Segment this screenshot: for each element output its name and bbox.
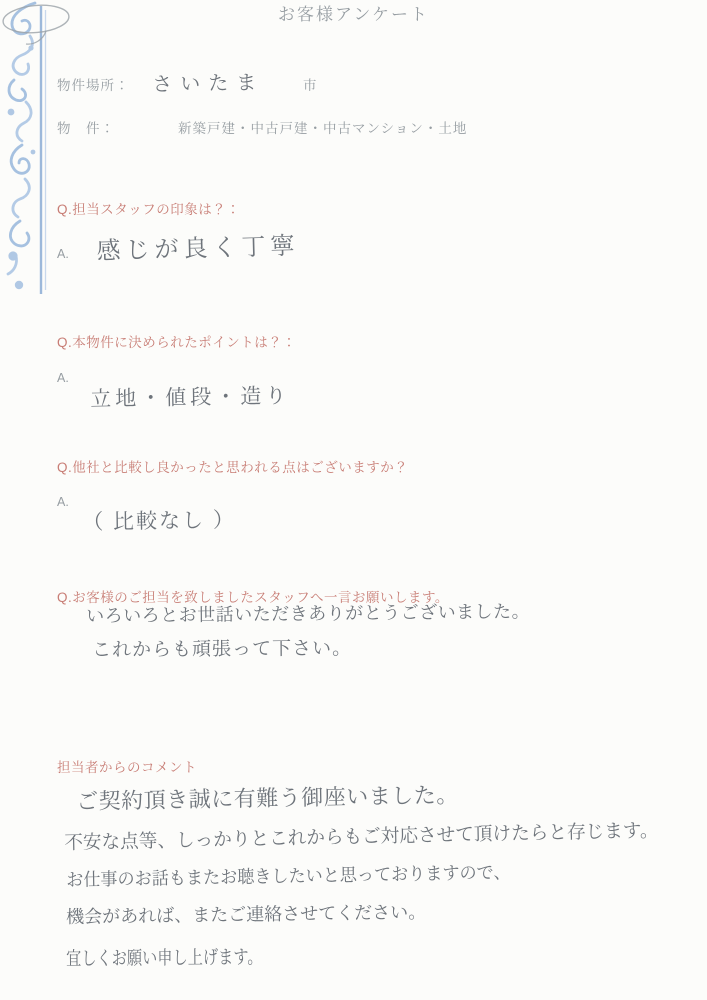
staff-comment-line-5-handwritten: 宜しくお願い申し上げます。 [66,942,263,971]
answer-3-handwritten: （ 比較なし ） [82,504,236,536]
location-value-handwritten: さいたま [152,66,264,97]
property-option-circled: 新築戸建 [178,121,236,136]
staff-comment-line-3-handwritten: お仕事のお話もまたお聴きしたいと思っておりますので、 [66,858,511,892]
answer-2-handwritten: 立地・値段・造り [90,380,290,413]
answer-4-line-2-handwritten: これからも頑張って下さい。 [92,633,352,662]
staff-comment-label: 担当者からのコメント [57,756,197,776]
answer-3-prefix: A. [57,495,69,509]
location-suffix: 市 [303,74,318,94]
staff-comment-line-2-handwritten: 不安な点等、しっかりとこれからもご対応させて頂けたらと存じます。 [64,816,659,855]
property-options-rest: ・中古戸建・中古マンション・土地 [236,121,467,136]
answer-4-line-1-handwritten: いろいろとお世話いただきありがとうございました。 [86,597,530,628]
question-2-label: Q.本物件に決められたポイントは？： [57,331,296,351]
scanned-survey-page: お客様アンケート 物件場所： さいたま 市 物 件： 新築戸建・中古戸建・中古マ… [0,0,707,1000]
question-1-label: Q.担当スタッフの印象は？： [57,198,240,218]
staff-comment-line-1-handwritten: ご契約頂き誠に有難う御座いました。 [76,778,459,816]
answer-2-prefix: A. [57,371,69,385]
property-type-label: 物 件： [57,117,115,137]
page-title: お客様アンケート [0,0,707,25]
answer-1-handwritten: 感じが良く丁寧 [96,226,300,266]
question-3-label: Q.他社と比較し良かったと思われる点はございますか？ [57,456,408,476]
pencil-circle-mark [0,0,80,50]
answer-1-prefix: A. [57,247,69,261]
property-type-options: 新築戸建・中古戸建・中古マンション・土地 [178,117,467,137]
staff-comment-line-4-handwritten: 機会があれば、またご連絡させてください。 [66,898,426,929]
location-label: 物件場所： [57,74,130,94]
